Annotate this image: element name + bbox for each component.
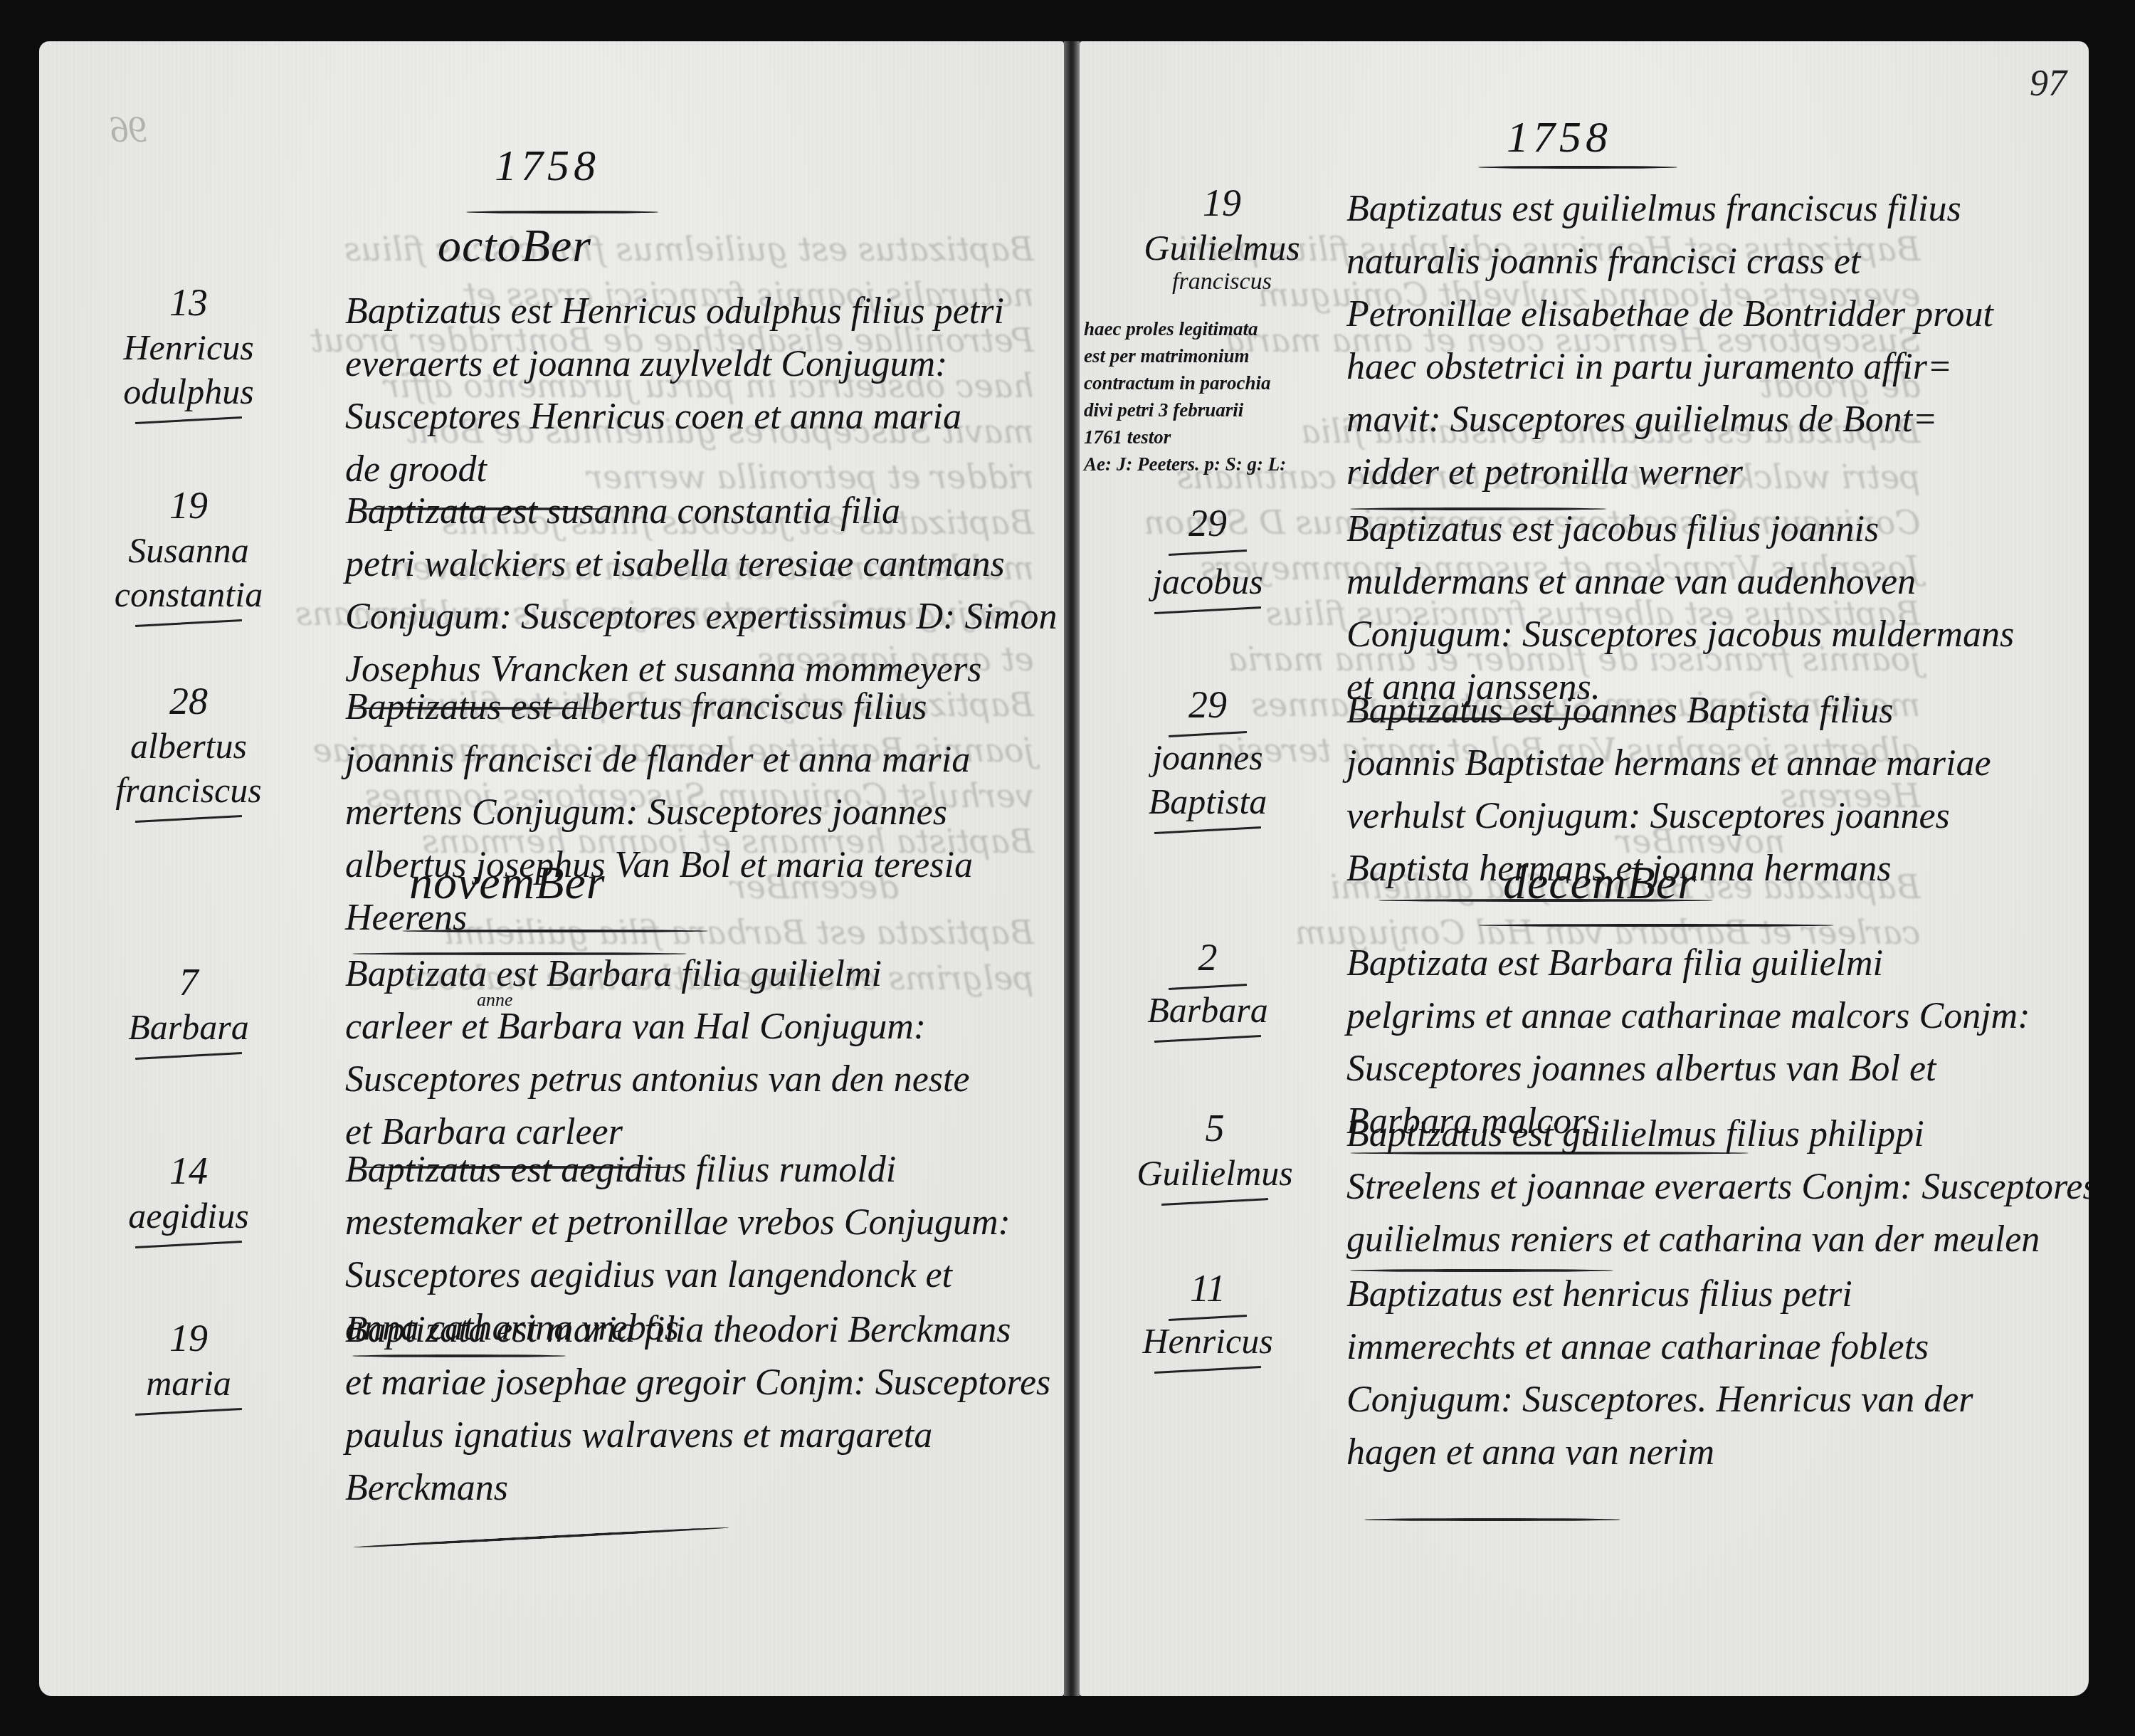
margin-note-line: haec proles legitimata [1084,315,1286,342]
faint-page-number: 96 [110,109,147,151]
child-name: maria [82,1361,295,1405]
entry-day: 28 [82,678,295,724]
child-name: Barbara [82,1005,295,1049]
entry-line: Conjugum: Susceptores jacobus muldermans [1346,609,2014,661]
child-name: Susanna [82,528,295,572]
entry-margin: 19 Susanna constantia [82,483,295,624]
entry-line: Baptizatus est guilielmus filius philipp… [1346,1108,2089,1161]
margin-note-line: est per matrimonium [1084,342,1286,369]
year-heading: 1758 [1507,112,1612,163]
entry-margin: 2 Barbara [1115,935,1300,1040]
margin-note-line: contractum in parochia [1084,369,1286,396]
name-underline [1154,1366,1261,1374]
entry-line: muldermans et annae van audenhoven [1346,556,2014,609]
name-underline [135,1052,242,1060]
entry-line: mestemaker et petronillae vrebos Conjugu… [345,1196,1011,1249]
name-underline [1161,1198,1268,1206]
entry-day: 11 [1115,1266,1300,1311]
entry-text: Baptizata est susanna constantia filia p… [345,485,1057,696]
entry-day: 5 [1115,1105,1314,1151]
entry-margin: 5 Guilielmus [1115,1105,1314,1203]
entry-line: Baptizata est maria filia theodori Berck… [345,1304,1050,1357]
name-underline [135,815,242,823]
page-number: 97 [2030,63,2067,105]
entry-text: Baptizatus est jacobus filius joannis mu… [1346,503,2014,714]
open-register-book: Baptizatus est guilielmus franciscus fil… [39,41,2089,1696]
entry-line: Petronillae elisabethae de Bontridder pr… [1346,288,1993,341]
child-name: Baptista [1115,779,1300,824]
margin-note-line: 1761 testor [1084,424,1286,451]
entry-text: Baptizata est Barbara filia guilielmi ca… [345,948,970,1159]
name-underline [135,1241,242,1248]
entry-line: hagen et anna van nerim [1346,1426,1973,1479]
child-name: aegidius [82,1194,295,1238]
entry-line: Susceptores aegidius van langendonck et [345,1249,1011,1302]
entry-margin: 19 maria [82,1315,295,1413]
entry-line: mertens Conjugum: Susceptores joannes [345,787,973,839]
entry-line: Susceptores joannes albertus van Bol et [1346,1043,2030,1095]
entry-line: Baptizatus est henricus filius petri [1346,1268,1973,1321]
name-underline [135,619,242,627]
entry-line: paulus ignatius walravens et margareta [345,1409,1050,1462]
entry-line: joannis Baptistae hermans et annae maria… [1346,737,1991,790]
month-heading-december: decemBer [1503,856,1697,910]
entry-line: Baptizatus est aegidius filius rumoldi [345,1144,1011,1196]
entry-line: ridder et petronilla werner [1346,446,1993,499]
entry-end-rule [1364,1518,1620,1521]
entry-line: Conjugum: Susceptores expertissimus D: S… [345,591,1057,643]
year-heading: 1758 [495,141,600,191]
entry-line: carleer et Barbara van Hal Conjugum: [345,1001,970,1053]
name-underline [135,416,242,424]
entry-line: pelgrims et annae catharinae malcors Con… [1346,990,2030,1043]
entry-day: 13 [82,280,295,325]
entry-text: Baptizatus est Henricus odulphus filius … [345,285,1004,496]
entry-day: 14 [82,1148,295,1194]
entry-margin: 13 Henricus odulphus [82,280,295,421]
entry-line: petri walckiers et isabella teresiae can… [345,538,1057,591]
entry-text: Baptizata est maria filia theodori Berck… [345,1304,1050,1515]
entry-line: naturalis joannis francisci crass et [1346,236,1993,288]
entry-margin: 29 joannes Baptista [1115,682,1300,831]
year-underline [466,211,658,214]
entry-line: Baptizatus est guilielmus franciscus fil… [1346,183,1993,236]
entry-line: immerechts et annae catharinae foblets [1346,1321,1973,1374]
book-gutter [1064,41,1080,1696]
entry-day: 19 [1122,180,1322,226]
entry-line: Baptizatus est Henricus odulphus filius … [345,285,1004,338]
entry-line: joannis francisci de flander et anna mar… [345,734,973,787]
month-underline [402,930,708,932]
year-underline [1478,166,1677,169]
entry-end-rule [352,1526,729,1549]
margin-note-line: divi petri 3 februarii [1084,396,1286,424]
child-name: Henricus [1115,1319,1300,1363]
entry-margin: 29 jacobus [1115,500,1300,611]
name-underline [135,1408,242,1416]
child-name: jacobus [1115,559,1300,604]
margin-note-line: Ae: J: Peeters. p: S: g: L: [1084,451,1286,478]
entry-line: Berckmans [345,1462,1050,1515]
entry-line: Baptizatus est jacobus filius joannis [1346,503,2014,556]
entry-day: 7 [82,959,295,1005]
entry-line: Conjugum: Susceptores. Henricus van der [1346,1374,1973,1426]
entry-line: verhulst Conjugum: Susceptores joannes [1346,790,1991,843]
child-name: Henricus [82,325,295,369]
entry-text: Baptizatus est henricus filius petri imm… [1346,1268,1973,1479]
entry-day: 2 [1115,935,1300,980]
legitimation-margin-note: haec proles legitimata est per matrimoni… [1084,315,1286,478]
entry-line: haec obstetrici in partu juramento affir… [1346,341,1993,394]
entry-line: Susceptores Henricus coen et anna maria [345,391,1004,443]
left-page: Baptizatus est guilielmus franciscus fil… [39,41,1064,1696]
child-name: franciscus [1122,270,1322,294]
entry-line: et mariae josephae gregoir Conjm: Suscep… [345,1357,1050,1409]
entry-margin: 14 aegidius [82,1148,295,1246]
entry-line: guilielmus reniers et catharina van der … [1346,1214,2089,1266]
entry-day: 19 [82,483,295,528]
month-heading-october: octoBer [438,219,591,273]
entry-line: Baptizata est susanna constantia filia [345,485,1057,538]
entry-line: Baptizata est Barbara filia guilielmi [1346,937,2030,990]
entry-line: everaerts et joanna zuylveldt Conjugum: [345,338,1004,391]
month-underline [1478,924,1834,927]
entry-text: Baptizatus est guilielmus franciscus fil… [1346,183,1993,499]
month-heading-november: novemBer [409,856,606,910]
child-name: franciscus [82,768,295,812]
day-underline [1169,549,1247,556]
entry-day: 29 [1115,500,1300,546]
name-underline [1154,1035,1261,1043]
entry-line: Baptizatus est joannes Baptista filius [1346,685,1991,737]
child-name: constantia [82,572,295,616]
entry-text: Baptizatus est guilielmus filius philipp… [1346,1108,2089,1266]
child-name: joannes [1115,735,1300,779]
child-name: albertus [82,724,295,768]
entry-line: Susceptores petrus antonius van den nest… [345,1053,970,1106]
entry-margin: 19 Guilielmus franciscus [1122,180,1322,294]
entry-margin: 11 Henricus [1115,1266,1300,1371]
child-name: Barbara [1115,988,1300,1032]
entry-line: mavit: Susceptores guilielmus de Bont= [1346,394,1993,446]
child-name: odulphus [82,369,295,414]
entry-line: Baptizata est Barbara filia guilielmi [345,948,970,1001]
entry-line: Baptizatus est albertus franciscus filiu… [345,681,973,734]
entry-margin: 7 Barbara [82,959,295,1057]
entry-day: 29 [1115,682,1300,727]
entry-margin: 28 albertus franciscus [82,678,295,820]
child-name: Guilielmus [1122,226,1322,270]
entry-line: Streelens et joannae everaerts Conjm: Su… [1346,1161,2089,1214]
entry-day: 19 [82,1315,295,1361]
child-name: Guilielmus [1115,1151,1314,1195]
right-page: Baptizatus est Henricus odulphus filius … [1080,41,2089,1696]
